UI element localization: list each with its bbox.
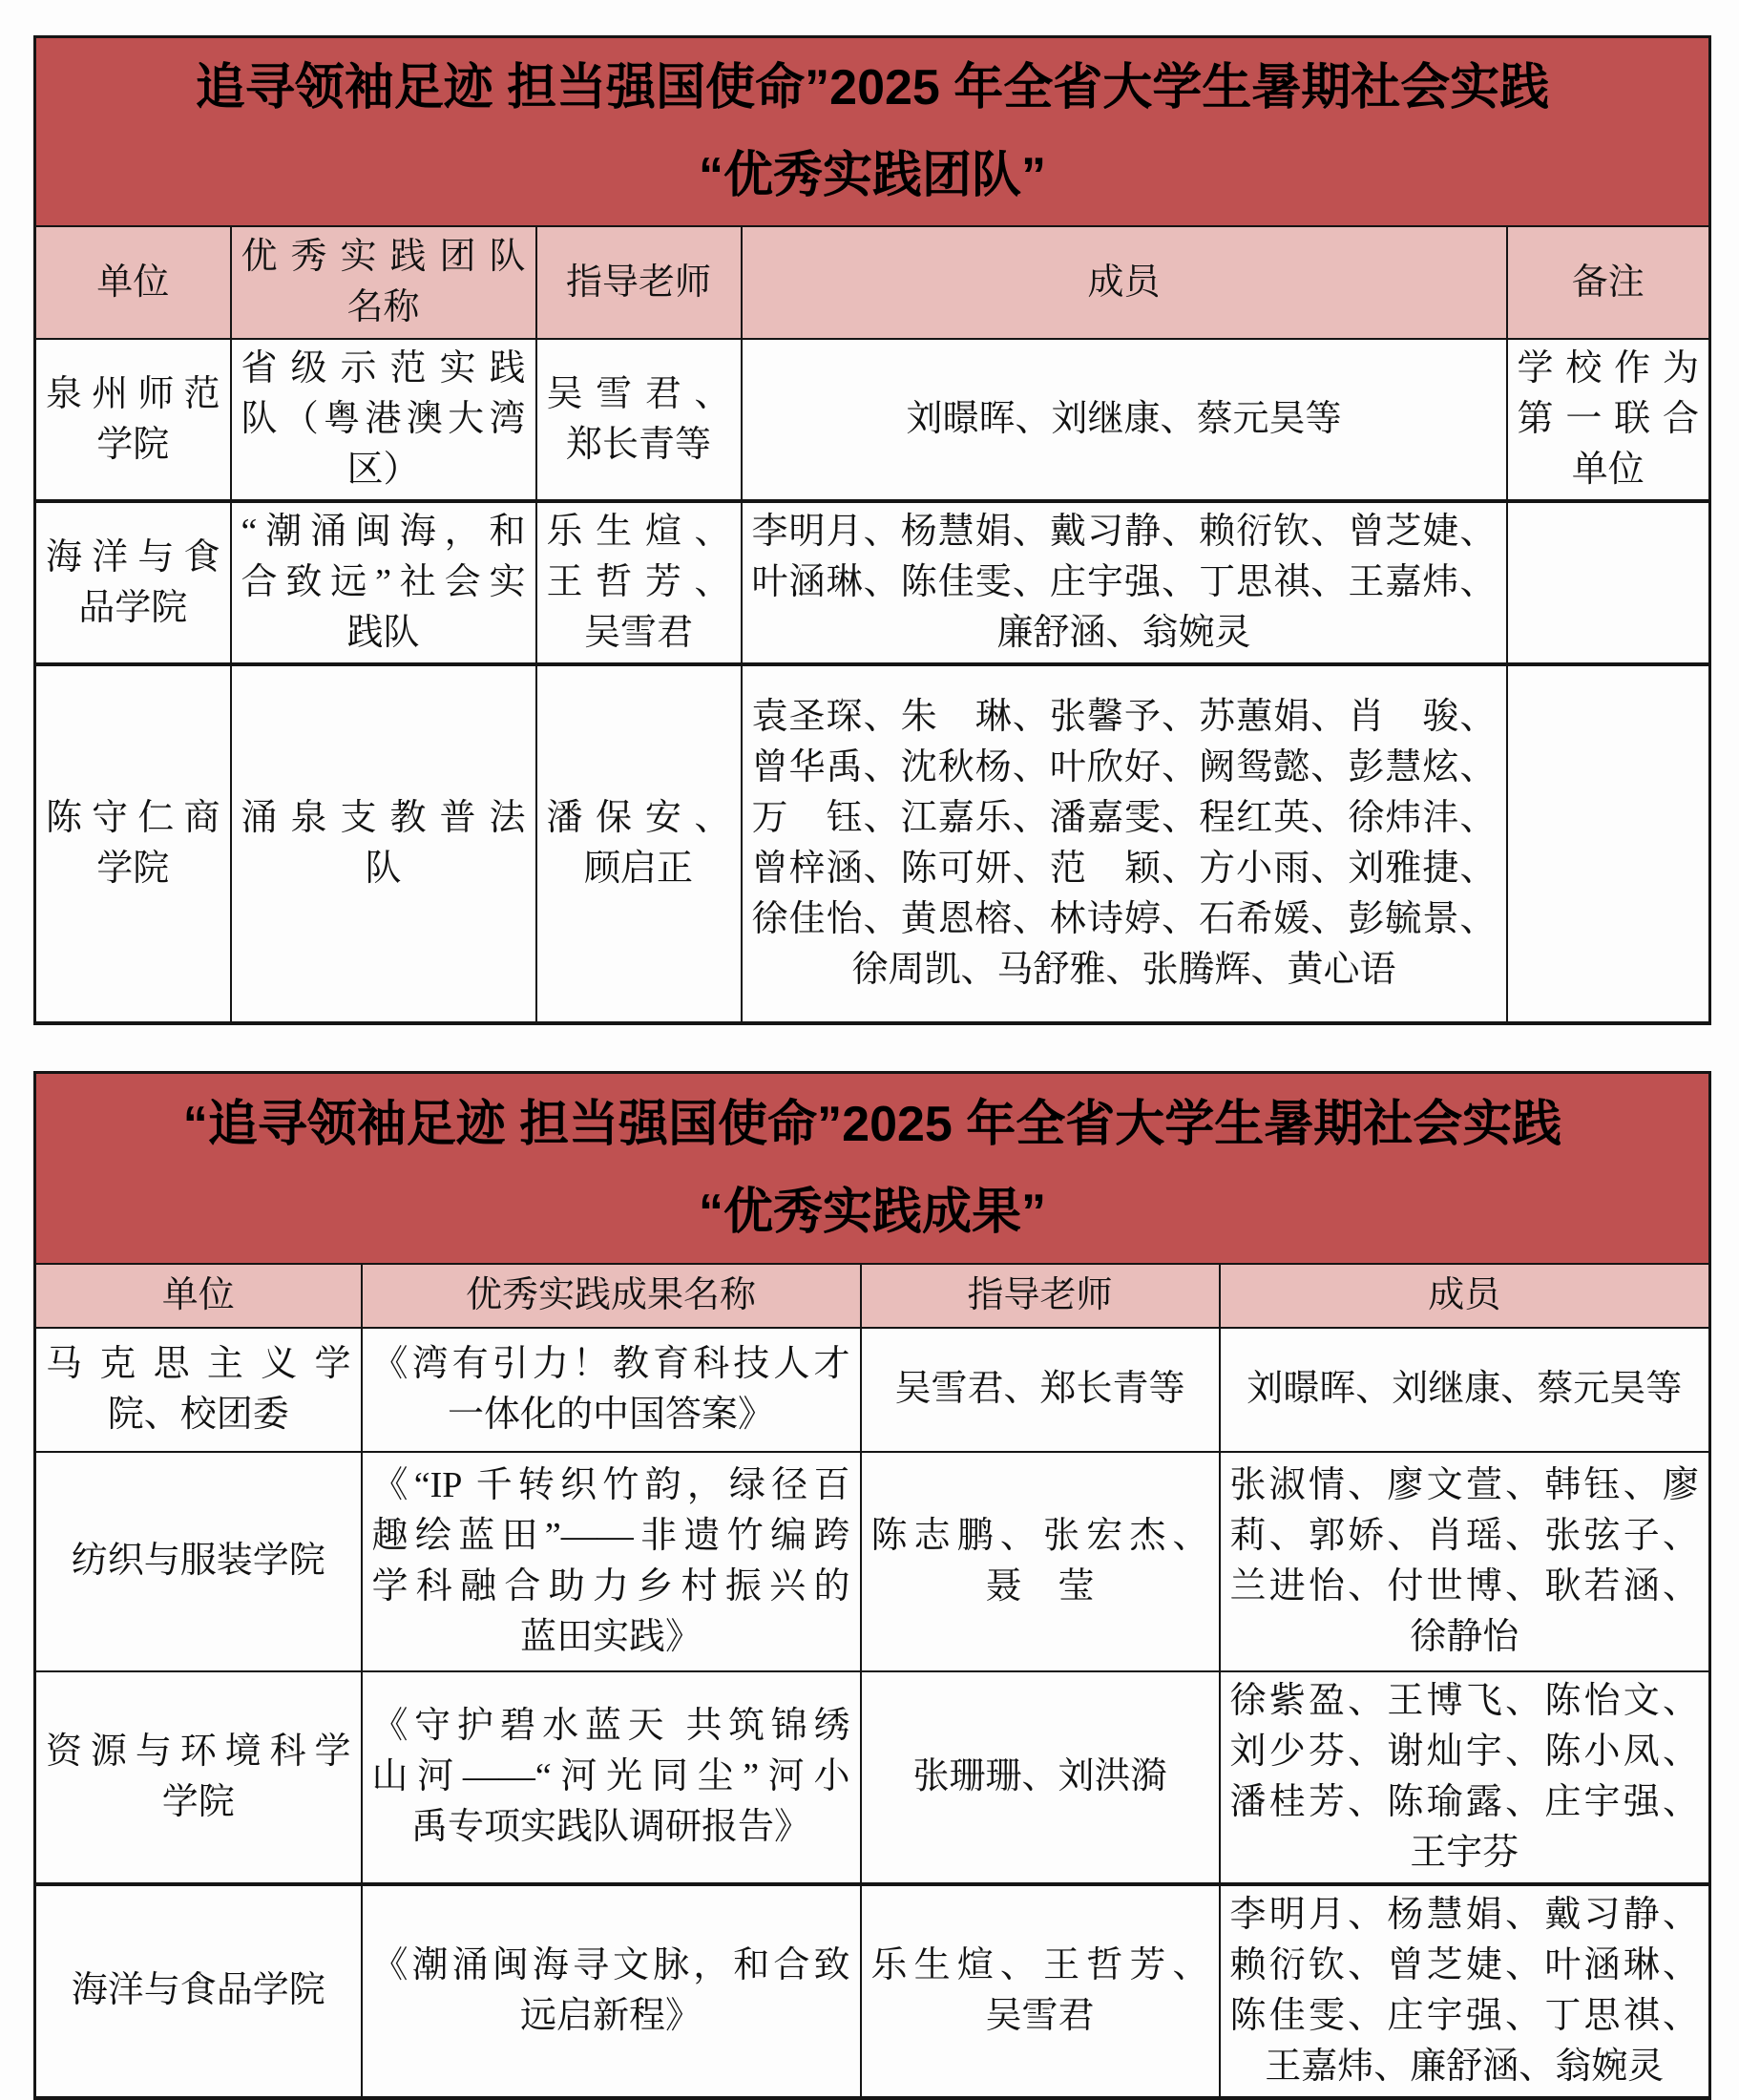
t2-header-outcome-name: 优秀实践成果名称	[362, 1264, 861, 1328]
t1-header-team-name: 优秀实践团队名称	[231, 226, 536, 339]
t1-header-advisors: 指导老师	[536, 226, 742, 339]
advisors-cell: 乐生煊、王哲芳、吴雪君	[861, 1884, 1220, 2098]
members-cell: 李明月、杨慧娟、戴习静、赖衍钦、曾芝婕、叶涵琳、陈佳雯、庄宇强、丁思祺、王嘉炜、…	[1220, 1884, 1710, 2098]
unit-cell: 泉州师范学院	[35, 339, 231, 501]
unit-cell: 陈守仁商学院	[35, 664, 231, 1023]
table2-title-line2: “优秀实践成果”	[36, 1168, 1708, 1256]
table-row: 资源与环境科学学院 《守护碧水蓝天 共筑锦绣山河——“河光同尘”河小禹专项实践队…	[35, 1671, 1710, 1884]
team-name-cell: 涌泉支教普法队	[231, 664, 536, 1023]
advisors-cell: 陈志鹏、张宏杰、聂 莹	[861, 1452, 1220, 1671]
unit-cell: 纺织与服装学院	[35, 1452, 362, 1671]
t2-header-unit: 单位	[35, 1264, 362, 1328]
note-cell: 学校作为第一联合单位	[1507, 339, 1710, 501]
members-cell: 张淑情、廖文萱、韩钰、廖莉、郭娇、肖瑶、张弦子、兰进怡、付世博、耿若涵、徐静怡	[1220, 1452, 1710, 1671]
outcome-name-cell: 《潮涌闽海寻文脉，和合致远启新程》	[362, 1884, 861, 2098]
excellent-teams-table: 追寻领袖足迹 担当强国使命”2025 年全省大学生暑期社会实践 “优秀实践团队”…	[33, 35, 1711, 1025]
table2-title-line1: “追寻领袖足迹 担当强国使命”2025 年全省大学生暑期社会实践	[36, 1081, 1708, 1168]
table-row: 泉州师范学院 省级示范实践队（粤港澳大湾区） 吴雪君、郑长青等 刘暻晖、刘继康、…	[35, 339, 1710, 501]
table1-title-banner: 追寻领袖足迹 担当强国使命”2025 年全省大学生暑期社会实践 “优秀实践团队”	[35, 37, 1710, 227]
announcement-document: 追寻领袖足迹 担当强国使命”2025 年全省大学生暑期社会实践 “优秀实践团队”…	[33, 35, 1708, 2100]
team-name-cell: 省级示范实践队（粤港澳大湾区）	[231, 339, 536, 501]
outcome-name-cell: 《守护碧水蓝天 共筑锦绣山河——“河光同尘”河小禹专项实践队调研报告》	[362, 1671, 861, 1884]
table1-title-line1: 追寻领袖足迹 担当强国使命”2025 年全省大学生暑期社会实践	[36, 44, 1708, 132]
unit-cell: 资源与环境科学学院	[35, 1671, 362, 1884]
outcome-name-cell: 《湾有引力！教育科技人才一体化的中国答案》	[362, 1328, 861, 1452]
t1-header-unit: 单位	[35, 226, 231, 339]
table-row: 海洋与食品学院 《潮涌闽海寻文脉，和合致远启新程》 乐生煊、王哲芳、吴雪君 李明…	[35, 1884, 1710, 2098]
members-cell: 徐紫盈、王博飞、陈怡文、刘少芬、谢灿宇、陈小凤、潘桂芳、陈瑜露、庄宇强、王宇芬	[1220, 1671, 1710, 1884]
advisors-cell: 潘保安、顾启正	[536, 664, 742, 1023]
team-name-cell: “潮涌闽海，和合致远”社会实践队	[231, 501, 536, 664]
table-row: 马克思主义学院、校团委 《湾有引力！教育科技人才一体化的中国答案》 吴雪君、郑长…	[35, 1328, 1710, 1452]
table-row: 纺织与服装学院 《“IP 千转织竹韵，绿径百趣绘蓝田”——非遗竹编跨学科融合助力…	[35, 1452, 1710, 1671]
members-cell: 刘暻晖、刘继康、蔡元昊等	[742, 339, 1507, 501]
unit-cell: 海洋与食品学院	[35, 501, 231, 664]
advisors-cell: 吴雪君、郑长青等	[861, 1328, 1220, 1452]
note-cell	[1507, 664, 1710, 1023]
t1-header-members: 成员	[742, 226, 1507, 339]
outcome-name-cell: 《“IP 千转织竹韵，绿径百趣绘蓝田”——非遗竹编跨学科融合助力乡村振兴的蓝田实…	[362, 1452, 861, 1671]
table-row: 陈守仁商学院 涌泉支教普法队 潘保安、顾启正 袁圣琛、朱 琳、张馨予、苏蕙娟、肖…	[35, 664, 1710, 1023]
unit-cell: 海洋与食品学院	[35, 1884, 362, 2098]
table1-title-line2: “优秀实践团队”	[36, 132, 1708, 220]
t2-header-advisors: 指导老师	[861, 1264, 1220, 1328]
t2-header-members: 成员	[1220, 1264, 1710, 1328]
excellent-outcomes-table: “追寻领袖足迹 担当强国使命”2025 年全省大学生暑期社会实践 “优秀实践成果…	[33, 1071, 1711, 2100]
t1-header-note: 备注	[1507, 226, 1710, 339]
members-cell: 李明月、杨慧娟、戴习静、赖衍钦、曾芝婕、叶涵琳、陈佳雯、庄宇强、丁思祺、王嘉炜、…	[742, 501, 1507, 664]
note-cell	[1507, 501, 1710, 664]
unit-cell: 马克思主义学院、校团委	[35, 1328, 362, 1452]
table2-title-banner: “追寻领袖足迹 担当强国使命”2025 年全省大学生暑期社会实践 “优秀实践成果…	[35, 1073, 1710, 1264]
members-cell: 刘暻晖、刘继康、蔡元昊等	[1220, 1328, 1710, 1452]
advisors-cell: 乐生煊、王哲芳、吴雪君	[536, 501, 742, 664]
advisors-cell: 吴雪君、郑长青等	[536, 339, 742, 501]
members-cell: 袁圣琛、朱 琳、张馨予、苏蕙娟、肖 骏、曾华禹、沈秋杨、叶欣好、阙鸳懿、彭慧炫、…	[742, 664, 1507, 1023]
advisors-cell: 张珊珊、刘洪漪	[861, 1671, 1220, 1884]
table-row: 海洋与食品学院 “潮涌闽海，和合致远”社会实践队 乐生煊、王哲芳、吴雪君 李明月…	[35, 501, 1710, 664]
